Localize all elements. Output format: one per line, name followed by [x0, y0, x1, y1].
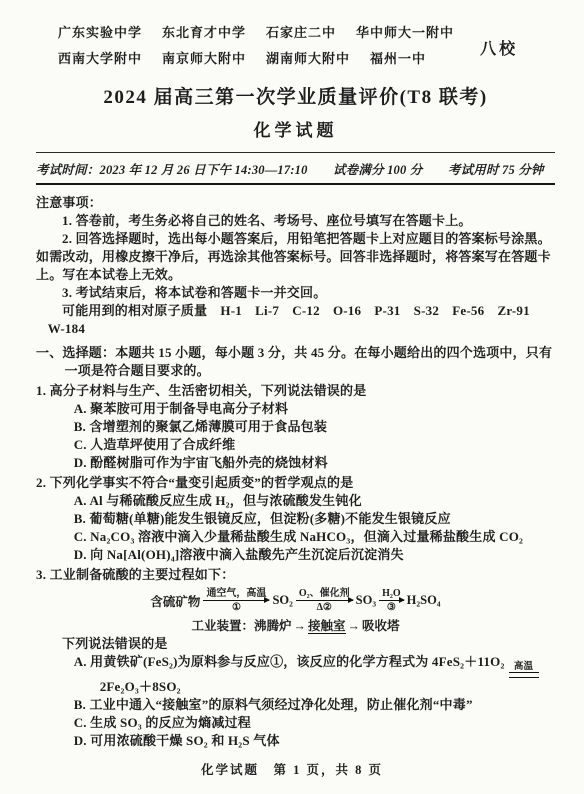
option-c: C. 生成 SO₃ 的反应为熵减过程 [36, 714, 555, 732]
notice-item-1: 1. 答卷前，考生务必将自己的姓名、考场号、座位号填写在答题卡上。 [36, 212, 555, 230]
school-name: 广东实验中学 [58, 22, 142, 41]
apparatus-stage: 接触室 [308, 619, 346, 634]
school-name: 东北育才中学 [162, 22, 246, 41]
equals-bar-icon [509, 672, 539, 678]
school-name: 南京师大附中 [162, 48, 246, 67]
page-footer: 化学试题 第 1 页，共 8 页 [0, 760, 584, 778]
right-arrow-icon [203, 600, 269, 601]
option-d: D. 酚醛树脂可作为宇宙飞船外壳的烧蚀材料 [36, 454, 555, 472]
option-d: D. 向 Na[Al(OH)₄]溶液中滴入盐酸先产生沉淀后沉淀消失 [36, 546, 555, 564]
right-arrow-icon: → [346, 619, 363, 633]
atomic-masses-line-2: W-184 [36, 320, 555, 338]
reaction-arrow-3: H₂O ③ [379, 588, 404, 613]
flow-product: SO₃ [356, 593, 376, 608]
notice-item-3: 3. 考试结束后，将本试卷和答题卡一并交回。 [36, 284, 555, 302]
process-flow-diagram: 含硫矿物 通空气，高温 ① SO₂ O₂、催化剂 Δ② SO₃ H₂O ③ H₂… [36, 588, 555, 613]
apparatus-prefix: 工业装置： [191, 619, 254, 633]
school-name: 石家庄二中 [266, 22, 336, 41]
question-3: 3. 工业制备硫酸的主要过程如下： 含硫矿物 通空气，高温 ① SO₂ O₂、催… [36, 566, 555, 750]
notice-heading: 注意事项： [36, 194, 555, 212]
notice-item-2: 2. 回答选择题时，选出每小题答案后，用铅笔把答题卡上对应题目的答案标号涂黑。如… [36, 230, 555, 284]
arrow-label-below: Δ② [314, 602, 335, 613]
option-a: A. Al 与稀硫酸反应生成 H₂，但与浓硫酸发生钝化 [36, 492, 555, 510]
choice-section-heading: 一、选择题：本题共 15 小题，每小题 3 分，共 45 分。在每小题给出的四个… [36, 344, 555, 380]
option-a-continuation: 2Fe₂O₃＋8SO₂ [36, 678, 555, 696]
divider-thick [36, 183, 555, 185]
question-stem: 1. 高分子材料与生产、生活密切相关，下列说法错误的是 [36, 382, 555, 400]
arrow-condition-above: O₂、催化剂 [296, 588, 353, 599]
school-row-2: 西南大学附中 南京师大附中 湖南师大附中 福州一中 [58, 48, 454, 67]
right-arrow-icon [296, 600, 353, 601]
school-row-1: 广东实验中学 东北育才中学 石家庄二中 华中师大一附中 [58, 22, 454, 41]
school-name: 华中师大一附中 [356, 22, 454, 41]
apparatus-stage: 吸收塔 [362, 619, 400, 633]
option-c: C. 人造草坪使用了合成纤维 [36, 436, 555, 454]
school-name: 福州一中 [370, 48, 426, 67]
apparatus-stage: 沸腾炉 [254, 619, 292, 633]
exam-info-line: 考试时间：2023 年 12 月 26 日下午 14:30—17:10 试卷满分… [36, 160, 555, 178]
reaction-arrow-1: 通空气，高温 ① [203, 588, 269, 613]
question-stem: 2. 下列化学事实不符合“量变引起质变”的哲学观点的是 [36, 474, 555, 492]
arrow-condition-above: 通空气，高温 [203, 588, 269, 599]
option-b: B. 葡萄糖(单糖)能发生银镜反应，但淀粉(多糖)不能发生银镜反应 [36, 510, 555, 528]
exam-paper-page: 广东实验中学 东北育才中学 石家庄二中 华中师大一附中 西南大学附中 南京师大附… [0, 0, 584, 794]
option-a: A. 用黄铁矿(FeS₂)为原料参与反应①，该反应的化学方程式为 4FeS₂＋1… [36, 653, 555, 678]
equation-condition: 高温 [509, 662, 539, 678]
school-name: 湖南师大附中 [266, 48, 350, 67]
school-list: 广东实验中学 东北育才中学 石家庄二中 华中师大一附中 西南大学附中 南京师大附… [58, 22, 454, 67]
option-b: B. 工业中通入“接触室”的原料气须经过净化处理，防止催化剂“中毒” [36, 696, 555, 714]
right-arrow-icon [379, 600, 404, 601]
option-a: A. 聚苯胺可用于制备导电高分子材料 [36, 400, 555, 418]
reaction-arrow-2: O₂、催化剂 Δ② [296, 588, 353, 613]
option-c: C. Na₂CO₃ 溶液中滴入少量稀盐酸生成 NaHCO₃，但滴入过量稀盐酸生成… [36, 528, 555, 546]
flow-product: H₂SO₄ [407, 593, 441, 608]
flow-product: SO₂ [272, 593, 292, 608]
arrow-label-below: ① [229, 602, 244, 613]
question-1: 1. 高分子材料与生产、生活密切相关，下列说法错误的是 A. 聚苯胺可用于制备导… [36, 382, 555, 472]
option-d: D. 可用浓硫酸干燥 SO₂ 和 H₂S 气体 [36, 732, 555, 750]
notice-section: 注意事项： 1. 答卷前，考生务必将自己的姓名、考场号、座位号填写在答题卡上。 … [36, 194, 555, 338]
option-b: B. 含增塑剂的聚氯乙烯薄膜可用于食品包装 [36, 418, 555, 436]
condition-label: 高温 [514, 662, 533, 672]
question-2: 2. 下列化学事实不符合“量变引起质变”的哲学观点的是 A. Al 与稀硫酸反应… [36, 474, 555, 564]
exam-subtitle: 化学试题 [36, 116, 555, 141]
atomic-masses-line-1: 可能用到的相对原子质量 H-1 Li-7 C-12 O-16 P-31 S-32… [36, 302, 555, 320]
exam-title: 2024 届高三第一次学业质量评价(T8 联考) [36, 82, 555, 109]
arrow-label-below: ③ [384, 602, 399, 613]
question-followup: 下列说法错误的是 [36, 635, 555, 653]
school-name: 西南大学附中 [58, 48, 142, 67]
question-stem: 3. 工业制备硫酸的主要过程如下： [36, 566, 555, 584]
eight-schools-badge: 八校 [480, 36, 518, 59]
flow-start-label: 含硫矿物 [150, 592, 200, 610]
option-a-text: A. 用黄铁矿(FeS₂)为原料参与反应①，该反应的化学方程式为 4FeS₂＋1… [74, 654, 505, 669]
header-schools: 广东实验中学 东北育才中学 石家庄二中 华中师大一附中 西南大学附中 南京师大附… [36, 22, 555, 67]
divider-thin [36, 152, 555, 153]
right-arrow-icon: → [292, 619, 309, 633]
industrial-apparatus-line: 工业装置：沸腾炉→接触室→吸收塔 [36, 616, 555, 634]
